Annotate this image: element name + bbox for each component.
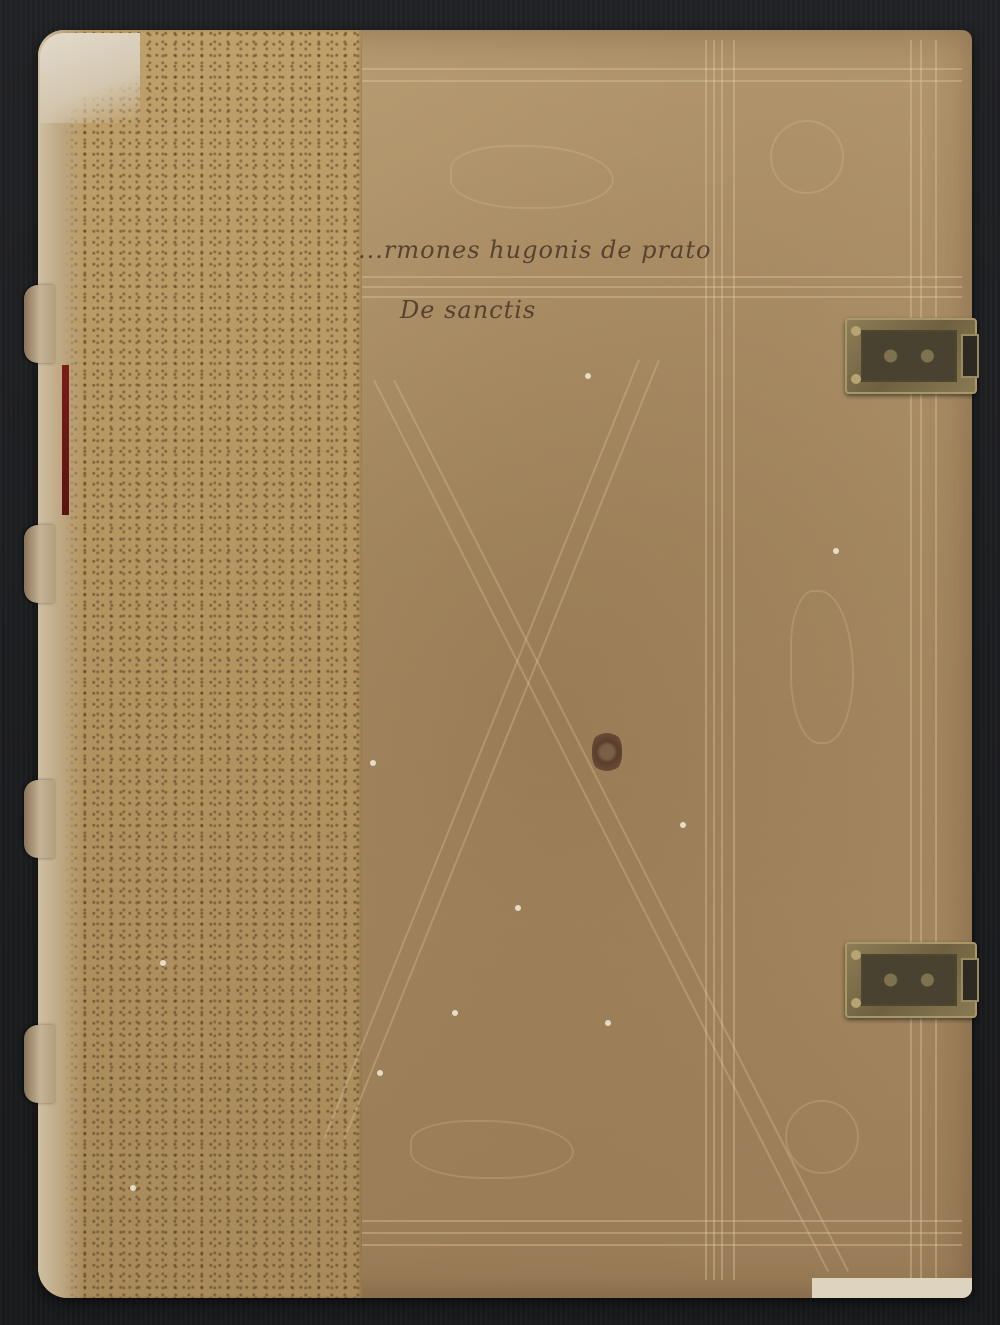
spine-raised-band <box>24 780 56 858</box>
worm-hole <box>605 1020 611 1026</box>
tooled-line <box>713 40 715 1280</box>
tooled-line <box>362 80 962 82</box>
spine-raised-band <box>24 525 56 603</box>
tooled-line <box>910 40 912 1280</box>
worm-hole <box>585 373 591 379</box>
worm-hole <box>452 1010 458 1016</box>
rivet-icon <box>851 374 861 384</box>
clasp-engraving <box>861 330 957 382</box>
spine-raised-band <box>24 285 56 363</box>
tooled-line <box>362 286 962 288</box>
tooled-line <box>721 40 723 1280</box>
worm-hole <box>377 1070 383 1076</box>
rivet-icon <box>851 326 861 336</box>
lower-clasp <box>845 942 977 1018</box>
tooled-line <box>362 1232 962 1234</box>
subtitle-inscription: De sanctis <box>400 296 536 324</box>
title-inscription: ...rmones hugonis de prato <box>358 236 711 264</box>
tooled-line <box>935 40 937 1280</box>
tooled-line <box>362 1244 962 1246</box>
rosette-stamp <box>770 120 844 194</box>
spine-edge <box>38 30 84 1298</box>
tooled-line <box>362 1220 962 1222</box>
tooled-line <box>362 276 962 278</box>
tooled-line <box>362 68 962 70</box>
rosette-stamp <box>785 1100 859 1174</box>
tooled-line <box>733 40 735 1280</box>
worn-spine-head <box>40 33 140 123</box>
worm-hole <box>160 960 166 966</box>
spine-raised-band <box>24 1025 56 1103</box>
clasp-hinge <box>961 958 979 1002</box>
worm-hole <box>370 760 376 766</box>
tooled-line <box>705 40 707 1280</box>
upper-clasp <box>845 318 977 394</box>
rivet-icon <box>851 950 861 960</box>
shelf-mark <box>592 730 622 774</box>
worm-hole <box>680 822 686 828</box>
red-page-edge <box>62 365 69 515</box>
clasp-hinge <box>961 334 979 378</box>
worm-hole <box>515 905 521 911</box>
spine-covering-leather <box>38 30 362 1298</box>
rivet-icon <box>851 998 861 1008</box>
worm-hole <box>130 1185 136 1191</box>
clasp-engraving <box>861 954 957 1006</box>
worn-corner <box>812 1278 972 1298</box>
tooled-line <box>920 40 922 1280</box>
worm-hole <box>833 548 839 554</box>
